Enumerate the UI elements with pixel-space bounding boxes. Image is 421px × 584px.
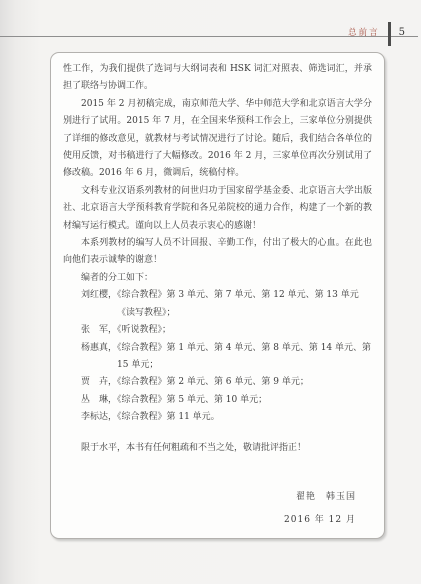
paragraph-revision-history: 2015 年 2 月初稿完成，南京师范大学、华中师范大学和北京语言大学分别进行了… [63, 96, 372, 183]
book-page: 总前言 5 性工作，为我们提供了选词与大纲词表和 HSK 词汇对照表、筛选词汇，… [0, 0, 421, 584]
editors-intro: 编者的分工如下： [63, 270, 372, 287]
running-head-section-title: 总前言 [348, 26, 380, 38]
signature-date: 2016 年 12 月 [63, 509, 356, 532]
editor-list: 刘红樱，《综合教程》第 3 单元、第 7 单元、第 12 单元、第 13 单元《… [63, 287, 372, 426]
signature-authors: 翟艳 韩玉国 [63, 486, 356, 509]
editor-entry-5: 丛 琳，《综合教程》第 5 单元、第 10 单元； [63, 392, 372, 409]
editor-entry-2: 张 军，《听说教程》； [63, 322, 372, 339]
page-number: 5 [399, 27, 405, 38]
closing-remark: 限于水平，本书有任何粗疏和不当之处，敬请批评指正！ [63, 440, 372, 457]
running-head-divider [388, 22, 391, 46]
editor-entry-3: 杨惠真，《综合教程》第 1 单元、第 4 单元、第 8 单元、第 14 单元、第… [63, 340, 372, 375]
editor-entry-4: 贾 卉，《综合教程》第 2 单元、第 6 单元、第 9 单元； [63, 374, 372, 391]
signature-block: 翟艳 韩玉国 2016 年 12 月 [63, 486, 372, 532]
editor-entry-6: 李标达，《综合教程》第 11 单元。 [63, 409, 372, 426]
running-head: 总前言 5 [348, 21, 405, 47]
editor-entry-1: 刘红樱，《综合教程》第 3 单元、第 7 单元、第 12 单元、第 13 单元《… [63, 287, 372, 322]
content-frame: 性工作，为我们提供了选词与大纲词表和 HSK 词汇对照表、筛选词汇，并承担了联络… [50, 52, 385, 539]
paragraph-acknowledgement-institutions: 文科专业汉语系列教材的问世归功于国家留学基金委、北京语言大学出版社、北京语言大学… [63, 183, 372, 235]
paragraph-continuation: 性工作，为我们提供了选词与大纲词表和 HSK 词汇对照表、筛选词汇，并承担了联络… [63, 61, 372, 96]
paragraph-acknowledgement-editors: 本系列教材的编写人员不计回报、辛勤工作，付出了极大的心血。在此也向他们表示诚挚的… [63, 235, 372, 270]
